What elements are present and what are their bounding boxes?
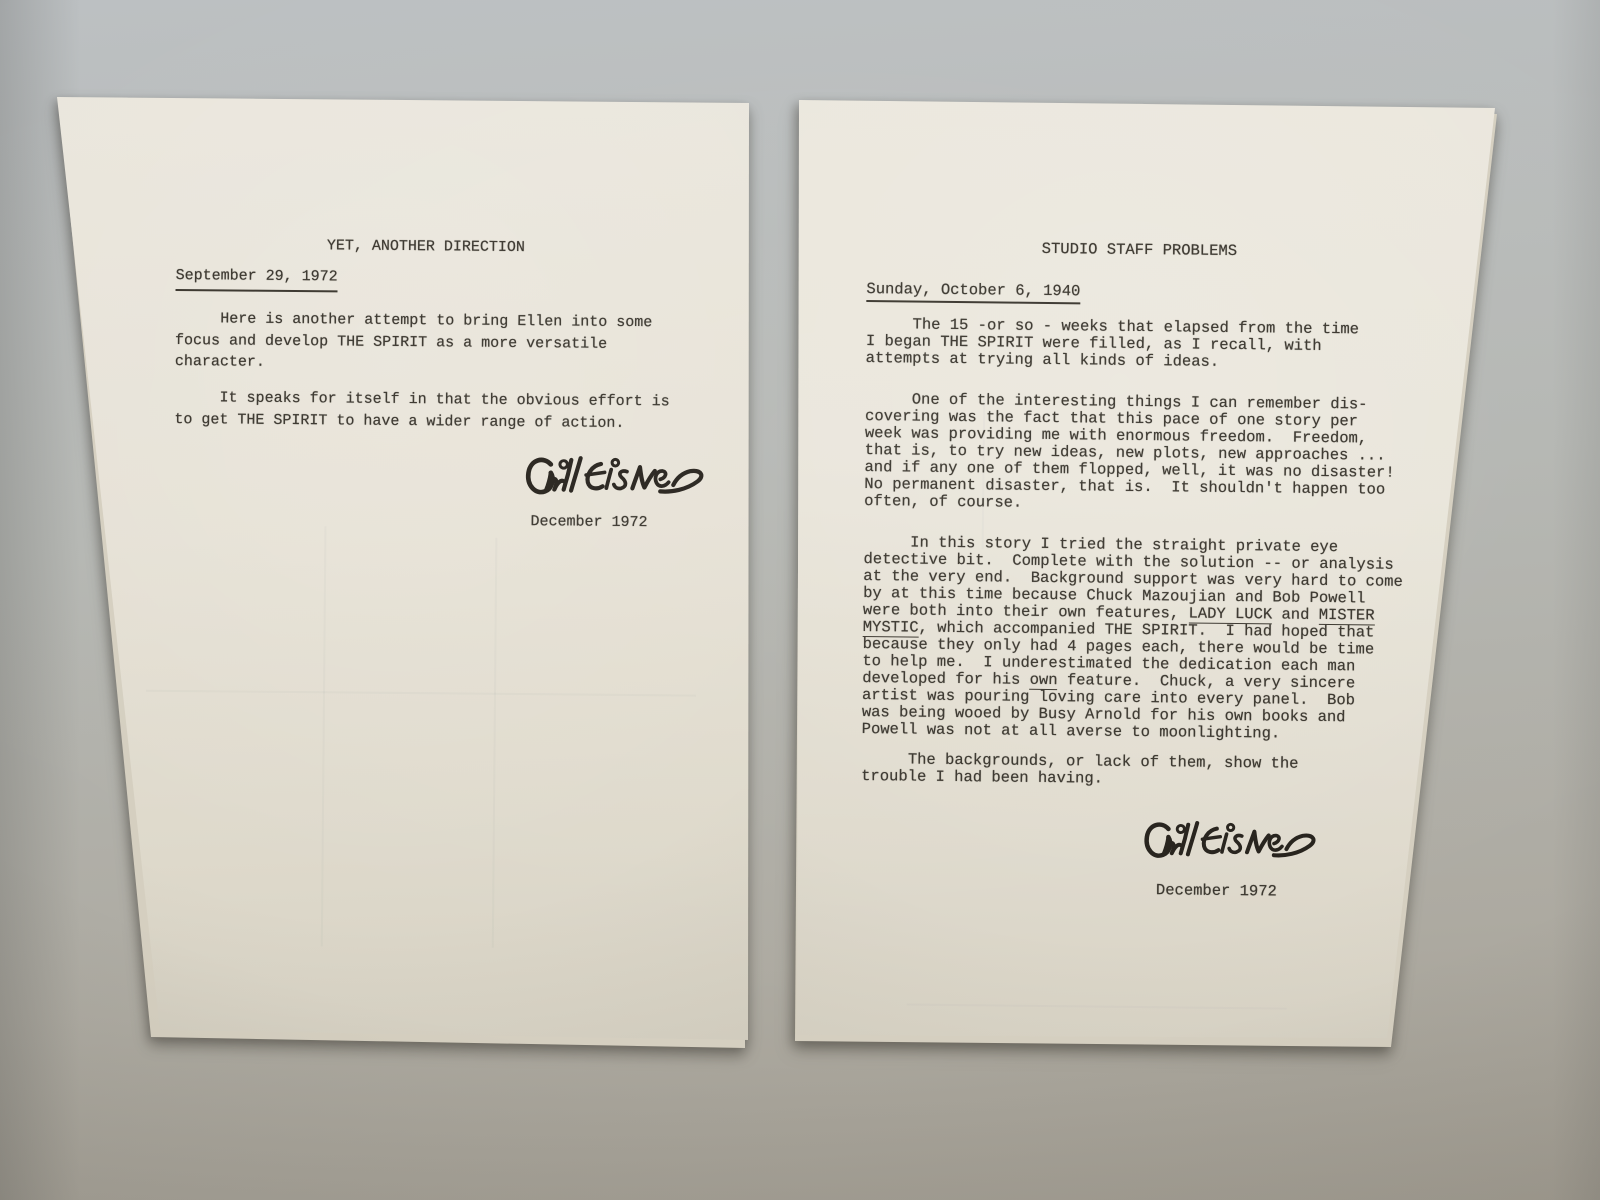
panel-showthrough — [321, 526, 327, 946]
right-page-paragraph-1: The 15 -or so - weeks that elapsed from … — [866, 316, 1360, 372]
left-page-paragraph-1: Here is another attempt to bring Ellen i… — [175, 308, 653, 377]
left-page-paragraph-2: It speaks for itself in that the obvious… — [174, 387, 669, 434]
left-page-signature-date: December 1972 — [530, 511, 647, 534]
right-page-date-heading: Sunday, October 6, 1940 — [866, 281, 1080, 304]
will-eisner-signature — [523, 450, 718, 510]
signature-stroke-svg — [1141, 811, 1330, 877]
left-page: YET, ANOTHER DIRECTION September 29, 197… — [55, 95, 755, 1055]
right-page-paragraph-2: One of the interesting things I can reme… — [864, 391, 1395, 516]
photo-background: YET, ANOTHER DIRECTION September 29, 197… — [0, 0, 1600, 1200]
left-page-title: YET, ANOTHER DIRECTION — [176, 234, 676, 260]
will-eisner-signature — [1141, 811, 1330, 877]
panel-showthrough — [907, 1003, 1287, 1009]
right-page-sheet: STUDIO STAFF PROBLEMS Sunday, October 6,… — [795, 98, 1501, 1052]
left-page-date-heading: September 29, 1972 — [176, 265, 338, 292]
right-page-content: STUDIO STAFF PROBLEMS Sunday, October 6,… — [786, 97, 1502, 1059]
panel-showthrough — [146, 690, 696, 697]
right-page-signature-date: December 1972 — [1156, 882, 1277, 900]
signature-stroke-svg — [523, 450, 718, 510]
panel-showthrough — [492, 538, 498, 948]
right-page-title: STUDIO STAFF PROBLEMS — [867, 239, 1412, 262]
right-page-paragraph-4: The backgrounds, or lack of them, show t… — [861, 751, 1299, 790]
right-page: STUDIO STAFF PROBLEMS Sunday, October 6,… — [795, 98, 1501, 1052]
left-page-content: YET, ANOTHER DIRECTION September 29, 197… — [48, 94, 756, 1060]
right-page-paragraph-3: In this story I tried the straight priva… — [862, 534, 1404, 744]
left-page-sheet: YET, ANOTHER DIRECTION September 29, 197… — [55, 95, 755, 1055]
